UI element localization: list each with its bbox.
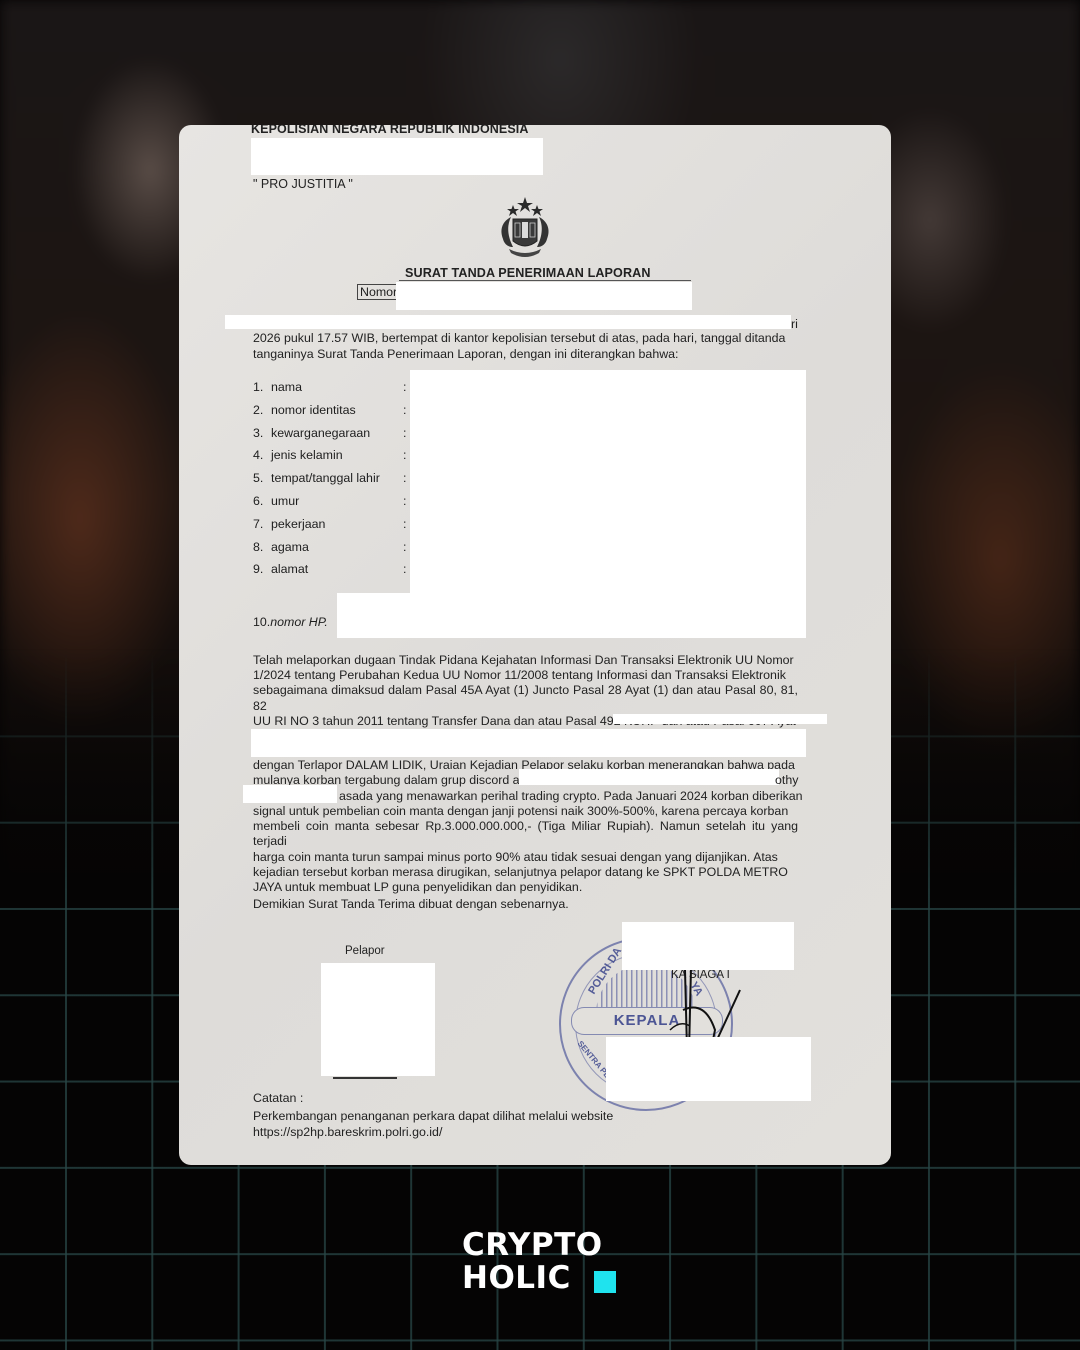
field-number: 7.	[253, 517, 271, 532]
field-number: 3.	[253, 426, 271, 441]
narrative-line-2-tail: othy	[775, 773, 798, 788]
field-colon: :	[403, 426, 406, 440]
field-row-phone: 10.nomor HP.	[253, 615, 328, 630]
field-number: 9.	[253, 562, 271, 577]
intro-line-2: tanganinya Surat Tanda Penerimaan Lapora…	[253, 347, 679, 362]
intro-tail: ri	[791, 317, 798, 332]
intro-line-1: 2026 pukul 17.57 WIB, bertempat di kanto…	[253, 331, 785, 346]
redaction-box	[606, 1037, 811, 1101]
field-row: 3.kewarganegaraan	[253, 426, 370, 441]
field-row: 2.nomor identitas	[253, 403, 356, 418]
field-colon: :	[403, 517, 406, 531]
redaction-box	[410, 370, 806, 593]
field-row: 5.tempat/tanggal lahir	[253, 471, 380, 486]
redaction-box	[251, 729, 806, 757]
field-number: 6.	[253, 494, 271, 509]
narrative-paragraph: signal untuk pembelian coin manta dengan…	[253, 804, 798, 895]
redaction-box	[243, 785, 337, 803]
paragraph-line: 1/2024 tentang Perubahan Kedua UU Nomor …	[253, 668, 798, 683]
agency-name: KEPOLISIAN NEGARA REPUBLIK INDONESIA	[251, 125, 528, 137]
nomor-label: Nomor	[357, 284, 400, 300]
field-row: 8.agama	[253, 540, 309, 555]
document-title: SURAT TANDA PENERIMAAN LAPORAN	[405, 266, 651, 281]
police-report-document: KEPOLISIAN NEGARA REPUBLIK INDONESIA " P…	[179, 125, 891, 1165]
note-text: Perkembangan penanganan perkara dapat di…	[253, 1109, 613, 1124]
signature-line	[333, 1077, 397, 1079]
field-row: 1.nama	[253, 380, 302, 395]
title-underline	[399, 280, 691, 281]
redaction-box	[225, 315, 791, 329]
field-row: 7.pekerjaan	[253, 517, 325, 532]
field-colon: :	[403, 403, 406, 417]
field-label: jenis kelamin	[271, 448, 343, 462]
paragraph-line: harga coin manta turun sampai minus port…	[253, 850, 798, 865]
field-label: kewarganegaraan	[271, 426, 370, 440]
field-number: 4.	[253, 448, 271, 463]
field-label: umur	[271, 494, 299, 508]
pro-justitia-label: " PRO JUSTITIA "	[253, 177, 353, 192]
narrative-line-3: asada yang menawarkan perihal trading cr…	[339, 789, 803, 804]
field-label: alamat	[271, 562, 308, 576]
redaction-box	[321, 963, 435, 1076]
note-url: https://sp2hp.bareskrim.polri.go.id/	[253, 1125, 442, 1140]
field-label: nomor identitas	[271, 403, 356, 417]
field-row: 4.jenis kelamin	[253, 448, 343, 463]
field-colon: :	[403, 471, 406, 485]
note-label: Catatan :	[253, 1091, 303, 1106]
paragraph-line: kejadian tersebut korban merasa dirugika…	[253, 865, 798, 880]
field-number: 10.	[253, 615, 270, 629]
field-label: nomor HP.	[270, 615, 328, 629]
field-colon: :	[403, 448, 406, 462]
redaction-box	[251, 138, 543, 175]
paragraph-line: sebagaimana dimaksud dalam Pasal 45A Aya…	[253, 683, 798, 713]
closing-statement: Demikian Surat Tanda Terima dibuat denga…	[253, 897, 569, 912]
paragraph-line: JAYA untuk membuat LP guna penyelidikan …	[253, 880, 798, 895]
redaction-box	[337, 593, 806, 638]
brand-logo: CRYPTO HOLIC	[462, 1229, 632, 1299]
field-colon: :	[403, 540, 406, 554]
field-row: 6.umur	[253, 494, 299, 509]
field-row: 9.alamat	[253, 562, 308, 577]
brand-accent-square	[594, 1271, 616, 1293]
field-label: agama	[271, 540, 309, 554]
field-number: 8.	[253, 540, 271, 555]
field-number: 2.	[253, 403, 271, 418]
police-emblem-icon	[489, 195, 561, 265]
paragraph-line: membeli coin manta sebesar Rp.3.000.000.…	[253, 819, 798, 849]
pelapor-label: Pelapor	[345, 944, 385, 959]
field-colon: :	[403, 562, 406, 576]
field-number: 1.	[253, 380, 271, 395]
redaction-box	[519, 769, 779, 785]
field-label: nama	[271, 380, 302, 394]
paragraph-line: signal untuk pembelian coin manta dengan…	[253, 804, 798, 819]
redaction-box	[622, 922, 794, 970]
field-label: pekerjaan	[271, 517, 325, 531]
field-colon: :	[403, 494, 406, 508]
field-colon: :	[403, 380, 406, 394]
redaction-box	[613, 714, 827, 724]
redaction-box	[396, 282, 692, 310]
paragraph-line: Telah melaporkan dugaan Tindak Pidana Ke…	[253, 653, 798, 668]
field-label: tempat/tanggal lahir	[271, 471, 380, 485]
field-number: 5.	[253, 471, 271, 486]
brand-line-1: CRYPTO	[462, 1229, 632, 1262]
